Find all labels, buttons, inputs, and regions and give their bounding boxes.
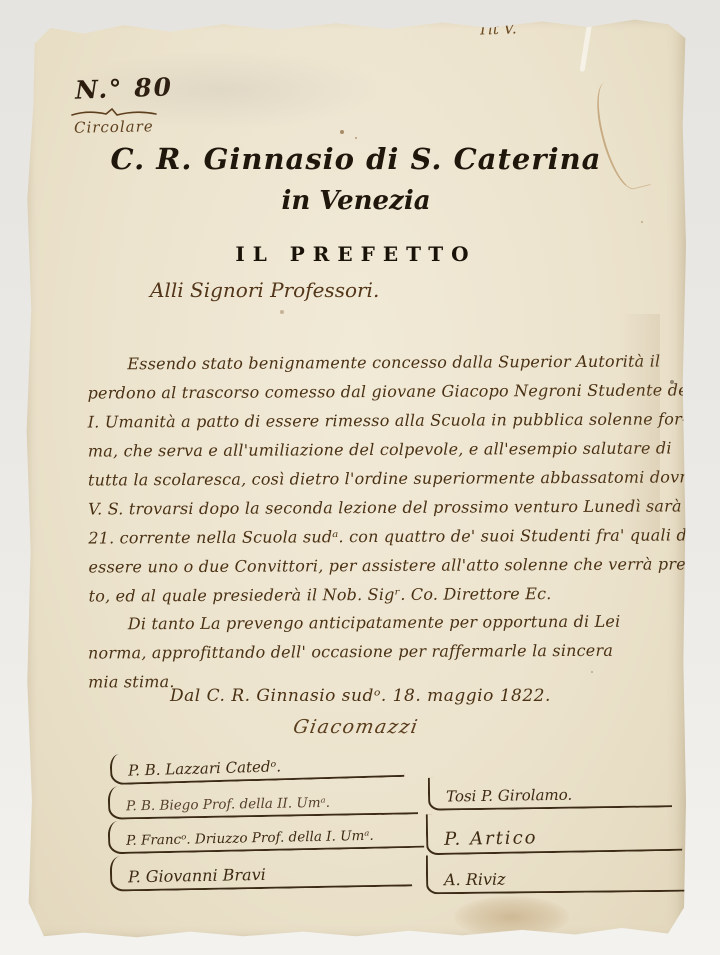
body-paragraph-1: Essendo stato benignamente concesso dall… [87,346,668,610]
signature-right-1: Tosi P. Girolamo. [428,774,672,810]
stain-bottom [454,896,569,938]
signature-left-4: P. Giovanni Bravi [110,851,413,891]
letterhead-line1: C. R. Ginnasio di S. Caterina [24,142,688,176]
document-type-label: Circolare [74,117,154,136]
prefect-signature: Giacomazzi [22,716,690,738]
body-line: 21. corrente nella Scuola sudᵃ. con quat… [88,520,668,552]
letterhead-line2: in Venezia [24,186,688,216]
signature-right-2: P. Artico [426,810,683,855]
body-line: tutta la scolaresca, così dietro l'ordin… [88,462,668,494]
body-paragraph-2: Di tanto La prevengo anticipatamente per… [88,606,668,696]
body-line: I. Umanità a patto di essere rimesso all… [88,404,668,436]
stain-tear-top-right [579,14,593,72]
body-line: essere uno o due Convittori, per assiste… [88,549,668,581]
archival-note: Tit V. [478,19,517,38]
body-line: perdono al trascorso comesso dal giovane… [87,375,667,407]
document-page: Tit V. N.° 80 Circolare C. R. Ginnasio d… [24,14,688,940]
signature-left-2: P. B. Biego Prof. della II. Umᵃ. [108,781,419,819]
body-line: norma, approfittando dell' occasione per… [88,635,668,667]
stain-specks [340,130,344,134]
stain-streak-right [589,77,651,193]
heading-prefetto: IL PREFETTO [24,242,688,266]
body-line: Essendo stato benignamente concesso dall… [87,346,667,378]
signature-left-1: P. B. Lazzari Catedᵒ. [110,746,405,785]
body-line: V. S. trovarsi dopo la seconda lezione d… [88,491,668,523]
body-line: ma, che serva e all'umiliazione del colp… [88,433,668,465]
body-line: Di tanto La prevengo anticipatamente per… [88,606,668,638]
salutation: Alli Signori Professori. [150,278,379,302]
dateline: Dal C. R. Ginnasio sudᵒ. 18. maggio 1822… [170,686,551,706]
signature-left-3: P. Francᵒ. Driuzzo Prof. della I. Umᵃ. [108,815,425,855]
document-number: N.° 80 [75,72,174,104]
body-line: to, ed al quale presiederà il Nob. Sigʳ.… [89,578,669,610]
signature-right-3: A. Riviz [426,853,694,895]
